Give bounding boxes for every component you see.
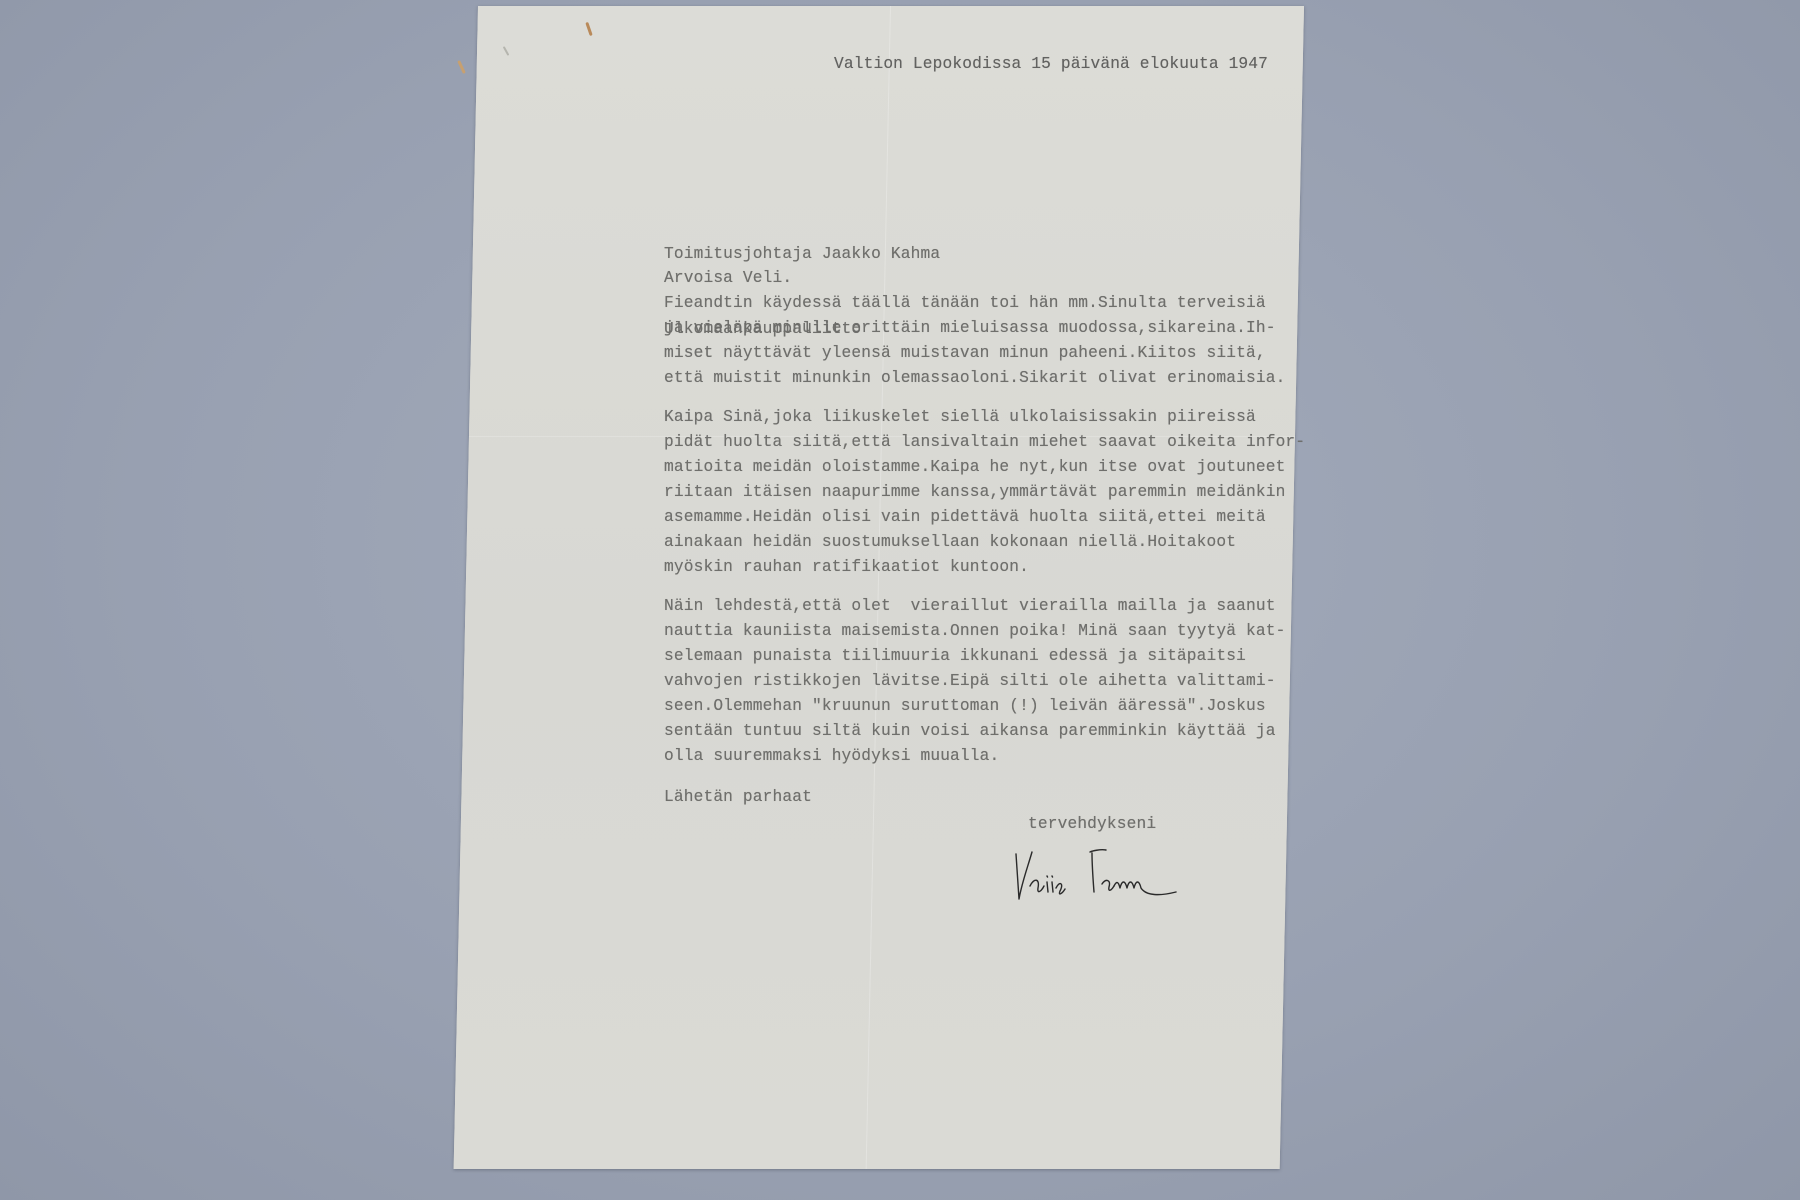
letter-sheet: Valtion Lepokodissa 15 päivänä elokuuta … — [454, 6, 1304, 1169]
handwritten-signature — [1010, 844, 1180, 904]
paragraph-line: seen.Olemmehan "kruunun suruttoman (!) l… — [664, 694, 1285, 719]
paragraph-line: matioita meidän oloistamme.Kaipa he nyt,… — [664, 455, 1305, 480]
regards-line: tervehdykseni — [1028, 812, 1156, 837]
paragraph-line: Kaipa Sinä,joka liikuskelet siellä ulkol… — [664, 405, 1305, 430]
salutation: Arvoisa Veli. — [664, 266, 792, 291]
paragraph-line: nauttia kauniista maisemista.Onnen poika… — [664, 619, 1285, 644]
paragraph-line: asemamme.Heidän olisi vain pidettävä huo… — [664, 505, 1305, 530]
paragraph-line: vahvojen ristikkojen lävitse.Eipä silti … — [664, 669, 1285, 694]
paragraph-line: pidät huolta siitä,että lansivaltain mie… — [664, 430, 1305, 455]
paragraph-2: Kaipa Sinä,joka liikuskelet siellä ulkol… — [664, 405, 1305, 580]
paragraph-line: olla suuremmaksi hyödyksi muualla. — [664, 744, 1285, 769]
paragraph-1: Fieandtin käydessä täällä tänään toi hän… — [664, 291, 1285, 391]
dateline: Valtion Lepokodissa 15 päivänä elokuuta … — [834, 52, 1268, 77]
background-blemish — [457, 60, 466, 74]
paragraph-line: myöskin rauhan ratifikaatiot kuntoon. — [664, 555, 1305, 580]
paragraph-line: ja vieläpä minulle erittäin mieluisassa … — [664, 316, 1285, 341]
paragraph-3: Näin lehdestä,että olet vieraillut viera… — [664, 594, 1285, 769]
paragraph-line: selemaan punaista tiilimuuria ikkunani e… — [664, 644, 1285, 669]
paragraph-line: Näin lehdestä,että olet vieraillut viera… — [664, 594, 1285, 619]
paragraph-line: että muistit minunkin olemassaoloni.Sika… — [664, 366, 1285, 391]
closing-line: Lähetän parhaat — [664, 785, 812, 810]
paragraph-line: sentään tuntuu siltä kuin voisi aikansa … — [664, 719, 1285, 744]
paragraph-line: Fieandtin käydessä täällä tänään toi hän… — [664, 291, 1285, 316]
paragraph-line: riitaan itäisen naapurimme kanssa,ymmärt… — [664, 480, 1305, 505]
recipient-name: Toimitusjohtaja Jaakko Kahma — [664, 242, 940, 267]
paragraph-line: miset näyttävät yleensä muistavan minun … — [664, 341, 1285, 366]
paragraph-line: ainakaan heidän suostumuksellaan kokonaa… — [664, 530, 1305, 555]
